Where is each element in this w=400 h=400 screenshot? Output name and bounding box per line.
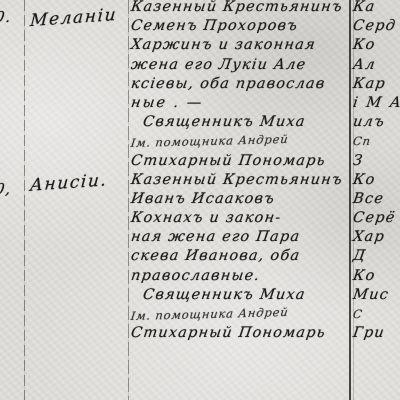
register-line-text: Стихарный Пономарь (130, 152, 327, 171)
column-rule-middle (128, 0, 129, 400)
name-entry: Анисіи. (29, 170, 108, 196)
register-line-text: Казенный Крестьянинъ (130, 0, 344, 17)
register-line: Семенъ Прохоровъ Серд (130, 17, 393, 36)
register-line-text: ксіевы, оба православ (130, 75, 327, 94)
register-line: Священникъ Миха Мис (130, 286, 393, 305)
right-column-fragment: Гри (352, 324, 387, 343)
register-line-text: Кохнахъ и закон- (130, 209, 283, 228)
register-line-text: Семенъ Прохоровъ (130, 17, 300, 36)
right-column-fragment: і М А (352, 94, 400, 113)
right-column-fragment: С (352, 305, 364, 324)
right-column-fragment: Д (352, 247, 368, 266)
right-column-fragment: Мис (352, 286, 391, 305)
register-line-text: Иванъ Исааковъ (130, 190, 277, 209)
register-line: Иванъ Исааковъ Все (130, 190, 393, 209)
right-column-fragment: Хар (352, 228, 387, 247)
right-column-fragment: Сп (352, 132, 373, 151)
register-line: Ім. помощника Андрей С (130, 305, 393, 324)
register-line: Стихарный Пономарь З (130, 152, 393, 171)
right-column-fragment: Ка (352, 0, 377, 17)
main-text-column: Казенный Крестьянинъ Ка Семенъ Прохоровъ… (131, 0, 391, 343)
register-line: Священникъ Миха илъ (130, 113, 393, 132)
register-line-text: Стихарный Пономарь (130, 324, 327, 343)
register-line-text: скева Иванова, оба (130, 247, 302, 266)
register-line-text: Харжинъ и законная (130, 36, 317, 55)
right-column-fragment: Серё (352, 209, 397, 228)
register-line: ные . — і М А (130, 94, 393, 113)
register-line-text: Казенный Крестьянинъ (130, 171, 344, 190)
register-line: православные. Ко (130, 267, 393, 286)
record-number: 0. (0, 8, 13, 26)
name-entry: Меланіи (29, 5, 117, 31)
register-line: жена его Лукіи Але Ал (130, 56, 393, 75)
right-column-fragment: З (352, 152, 365, 171)
right-column-fragment: Ко (352, 36, 377, 55)
right-column-fragment: илъ (352, 113, 387, 132)
register-line: Ім. помощника Андрей Сп (130, 132, 393, 151)
register-line: Харжинъ и законная Ко (130, 36, 393, 55)
right-column-fragment: Все (352, 190, 386, 209)
register-line: Казенный Крестьянинъ Ко (130, 171, 393, 190)
register-line-text: Ім. помощника Андрей (130, 130, 290, 153)
register-line-text: ные . — (130, 94, 205, 113)
register-line: Кохнахъ и закон- Серё (130, 209, 393, 228)
register-line: Стихарный Пономарь Гри (130, 324, 393, 343)
register-line: ксіевы, оба православ Кар (130, 75, 393, 94)
register-scan-page: 0. 0, Меланіи Анисіи. Казенный Крестьяни… (0, 0, 400, 400)
register-line-text: ная жена его Пара (130, 228, 302, 247)
register-line: ная жена его Пара Хар (130, 228, 393, 247)
register-line-text: Ім. помощника Андрей (130, 303, 290, 326)
record-number: 0, (0, 180, 13, 198)
right-column-fragment: Ал (352, 56, 377, 75)
register-line-text: Священникъ Миха (130, 286, 307, 305)
right-column-fragment: Ко (352, 267, 377, 286)
right-column-fragment: Ко (352, 171, 377, 190)
register-line-text: жена его Лукіи Але (130, 56, 308, 75)
register-line: Казенный Крестьянинъ Ка (130, 0, 393, 17)
register-line: скева Иванова, оба Д (130, 247, 393, 266)
register-line-text: православные. (130, 267, 262, 286)
column-rule-left (24, 0, 25, 400)
right-column-fragment: Серд (352, 17, 398, 36)
right-column-fragment: Кар (352, 75, 387, 94)
